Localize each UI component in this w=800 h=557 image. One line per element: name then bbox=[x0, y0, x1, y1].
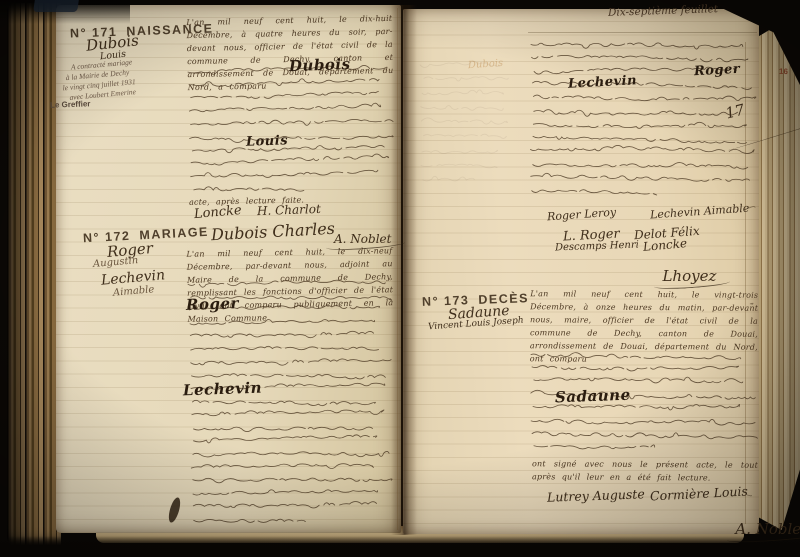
act-171-opening-text: L'an mil neuf cent huit, le dix-huit Déc… bbox=[186, 12, 394, 95]
photo-bottom-shadow bbox=[0, 536, 800, 557]
left-page-margin-rule bbox=[397, 8, 398, 530]
edge-page-number: 16 bbox=[779, 67, 788, 76]
inline-name-lechevin: Lechevin bbox=[183, 381, 262, 399]
register-book-photo: N° 171 NAISSANCE Dubois Louis A contract… bbox=[0, 0, 800, 557]
inline-name-louis: Louis bbox=[246, 134, 288, 148]
folio-header-rule bbox=[528, 32, 757, 33]
signature-loncke-left: Loncke bbox=[194, 204, 243, 221]
book-spine-cloth bbox=[33, 0, 79, 12]
clerk-label: Le Greffier bbox=[50, 99, 91, 109]
officiant-paraph-left: A. Noblet bbox=[334, 232, 391, 246]
inline-name-sadaune: Sadaune bbox=[555, 388, 631, 406]
signature-h-charlot: H. Charlot bbox=[257, 203, 321, 217]
inline-name-lechevin-right: Lechevin bbox=[568, 74, 638, 91]
inline-name-dubois: Dubois bbox=[289, 57, 351, 74]
signature-loncke-right: Loncke bbox=[643, 237, 688, 253]
act-173-opening-text: L'an mil neuf cent huit, le vingt-trois … bbox=[530, 287, 759, 367]
act-173-closing-text: ont signé avec nous le présent acte, le … bbox=[532, 457, 758, 485]
inline-name-roger: Roger bbox=[186, 296, 239, 313]
signature-lhoyez: Lhoyez bbox=[662, 267, 716, 285]
book-gutter bbox=[391, 5, 417, 535]
left-page-edges bbox=[7, 3, 61, 545]
act-172-opening-text: L'an mil neuf cent huit, le dix-neuf Déc… bbox=[186, 244, 393, 326]
inline-name-roger-right: Roger bbox=[694, 63, 741, 78]
